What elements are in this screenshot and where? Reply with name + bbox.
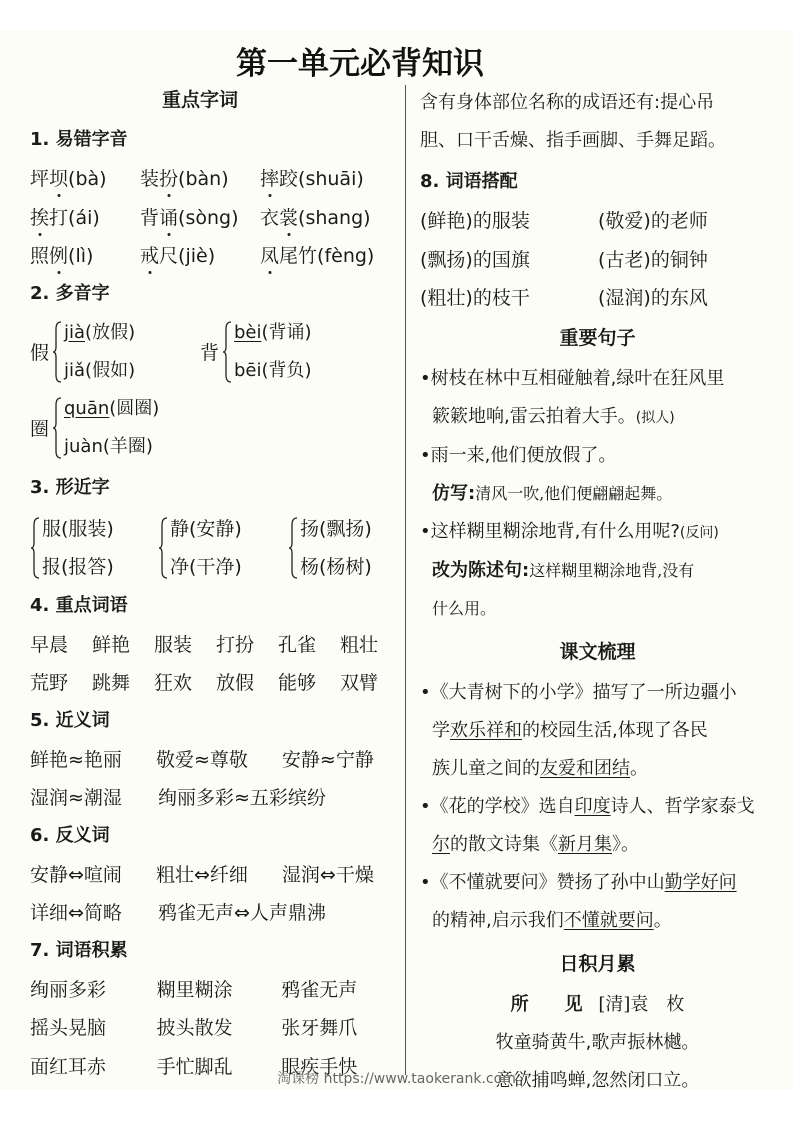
emphasis-dot-char: 挨 [30, 199, 49, 237]
poem-header: 所 见 [清]袁 枚 [420, 986, 775, 1024]
word-item: 狂欢 [154, 664, 216, 703]
pronunciation-row: 挨打(ái)背诵(sòng)衣裳(shang) [30, 199, 400, 238]
brace-icon [52, 397, 62, 459]
word-item: 湿润≈潮湿 [30, 779, 158, 818]
collocation-row: (粗壮)的枝干(湿润)的东风 [420, 279, 775, 318]
word-item: (古老)的铜钟 [598, 241, 768, 280]
idiom-row: 绚丽多彩糊里糊涂鸦雀无声 [30, 971, 400, 1010]
brace-icon [52, 321, 62, 383]
word-item: 早晨 [30, 626, 92, 665]
page-title: 第一单元必背知识 [0, 38, 720, 83]
brace-icon [222, 321, 232, 383]
sentence-2: •雨一来,他们便放假了。 [420, 437, 775, 475]
similar-group: 静(安静)净(干净) [158, 510, 288, 586]
word-item: 张牙舞爪 [281, 1009, 400, 1048]
pronunciation-item: 装扮(bàn) [140, 160, 260, 199]
section-title-sentences: 重要句子 [420, 322, 775, 360]
heading-collocations: 8. 词语搭配 [420, 164, 775, 202]
synonym-row: 鲜艳≈艳丽敬爱≈尊敬安静≈宁静 [30, 741, 400, 780]
polyphone-char: 圈 [30, 414, 52, 441]
watermark: 淘课榜 https://www.taokerank.com [0, 1068, 793, 1088]
polyphone-line: bèi(背诵) [234, 314, 312, 352]
antonym-list: 安静⇔喧闹粗壮⇔纤细湿润⇔干燥详细⇔简略鸦雀无声⇔人声鼎沸 [30, 856, 400, 933]
word-item: 粗壮 [340, 626, 400, 665]
vocab-row: 早晨鲜艳服装打扮孔雀粗壮 [30, 626, 400, 665]
heading-polyphones: 2. 多音字 [30, 276, 400, 314]
word-item: 安静≈宁静 [282, 741, 400, 780]
rhetoric-note: (拟人) [636, 410, 675, 426]
word-item: 鸦雀无声 [281, 971, 400, 1010]
text-review-list: •《大青树下的小学》描写了一所边疆小 学欢乐祥和的校园生活,体现了各民 族儿童之… [420, 674, 775, 940]
pronunciation-item: 挨打(ái) [30, 199, 140, 238]
vocab-row: 荒野跳舞狂欢放假能够双臂 [30, 664, 400, 703]
collocation-list: (鲜艳)的服装(敬爱)的老师(飘扬)的国旗(古老)的铜钟(粗壮)的枝干(湿润)的… [420, 202, 775, 318]
word-item: 放假 [216, 664, 278, 703]
pronunciation-row: 照例(lì)戒尺(jiè)凤尾竹(fèng) [30, 237, 400, 276]
collocation-row: (飘扬)的国旗(古老)的铜钟 [420, 241, 775, 280]
pronunciation-item: 摔跤(shuāi) [260, 160, 400, 199]
sentence-list: •树枝在林中互相碰触着,绿叶在狂风里 簌簌地响,雷云拍着大手。(拟人) •雨一来… [420, 360, 775, 628]
brace-icon [288, 517, 298, 579]
poem-title: 所 见 [511, 994, 583, 1015]
word-item: (飘扬)的国旗 [420, 241, 598, 280]
pronunciation-item: 坪坝(bà) [30, 160, 140, 199]
word-item: 鸦雀无声⇔人声鼎沸 [158, 894, 286, 933]
word-item: 服装 [154, 626, 216, 665]
review-item-1: •《大青树下的小学》描写了一所边疆小 [420, 674, 775, 712]
emphasis-dot-char: 凤 [260, 237, 279, 275]
polyphone-group: 圈 quān(圆圈) juàn(羊圈) [30, 390, 400, 466]
polyphone-line: quān(圆圈) [64, 390, 159, 428]
word-item: 详细⇔简略 [30, 894, 158, 933]
word-item: 粗壮⇔纤细 [156, 856, 282, 895]
emphasis-dot-char: 坝 [49, 160, 68, 198]
right-column: 含有身体部位名称的成语还有:提心吊 胆、口干舌燥、指手画脚、手舞足蹈。 8. 词… [420, 84, 775, 1100]
polyphone-line: juàn(羊圈) [64, 428, 159, 466]
pronunciation-item: 凤尾竹(fèng) [260, 237, 400, 276]
polyphone-line: jiǎ(假如) [64, 352, 135, 390]
polyphone-list: 假 jià(放假) jiǎ(假如) 背 bèi(背诵) bēi(背负) 圈 q [30, 314, 400, 466]
review-item-3: •《不懂就要问》赞扬了孙中山勤学好问 [420, 864, 775, 902]
word-item: 敬爱≈尊敬 [156, 741, 282, 780]
section-title-text-review: 课文梳理 [420, 636, 775, 674]
heading-antonyms: 6. 反义词 [30, 818, 400, 856]
antonym-row: 详细⇔简略鸦雀无声⇔人声鼎沸 [30, 894, 400, 933]
sentence-1: •树枝在林中互相碰触着,绿叶在狂风里 [420, 360, 775, 398]
heading-similar-chars: 3. 形近字 [30, 470, 400, 508]
heading-synonyms: 5. 近义词 [30, 703, 400, 741]
word-item: 摇头晃脑 [30, 1009, 157, 1048]
word-item: 安静⇔喧闹 [30, 856, 156, 895]
section-title-key-words: 重点字词 [0, 84, 400, 122]
sentence-3: •这样糊里糊涂地背,有什么用呢?(反问) [420, 513, 775, 552]
polyphone-char: 背 [200, 338, 222, 365]
pronunciation-item: 照例(lì) [30, 237, 140, 276]
imitation-answer: 清风一吹,他们便翩翩起舞。 [475, 484, 672, 503]
word-item: 荒野 [30, 664, 92, 703]
review-item-2: •《花的学校》选自印度诗人、哲学家泰戈 [420, 788, 775, 826]
pronunciation-row: 坪坝(bà)装扮(bàn)摔跤(shuāi) [30, 160, 400, 199]
rhetoric-note: (反问) [680, 525, 719, 541]
antonym-row: 安静⇔喧闹粗壮⇔纤细湿润⇔干燥 [30, 856, 400, 895]
pronunciation-item: 背诵(sòng) [140, 199, 260, 238]
word-item: 打扮 [216, 626, 278, 665]
word-item: 披头散发 [157, 1009, 282, 1048]
word-item: (粗壮)的枝干 [420, 279, 598, 318]
idiom-row: 摇头晃脑披头散发张牙舞爪 [30, 1009, 400, 1048]
polyphone-line: jià(放假) [64, 314, 135, 352]
synonym-row: 湿润≈潮湿绚丽多彩≈五彩缤纷 [30, 779, 400, 818]
pronunciation-list: 坪坝(bà)装扮(bàn)摔跤(shuāi)挨打(ái)背诵(sòng)衣裳(s… [30, 160, 400, 276]
polyphone-group: 背 bèi(背诵) bēi(背负) [200, 314, 312, 390]
rewrite-answer: 这样糊里糊涂地背,没有 [529, 561, 694, 580]
word-item: 湿润⇔干燥 [282, 856, 400, 895]
word-item: 孔雀 [278, 626, 340, 665]
word-item: 双臂 [340, 664, 400, 703]
word-item: 糊里糊涂 [157, 971, 282, 1010]
heading-pronunciation: 1. 易错字音 [30, 122, 400, 160]
synonym-list: 鲜艳≈艳丽敬爱≈尊敬安静≈宁静湿润≈潮湿绚丽多彩≈五彩缤纷 [30, 741, 400, 818]
brace-icon [158, 517, 168, 579]
column-divider [405, 85, 406, 1075]
heading-word-accumulation: 7. 词语积累 [30, 933, 400, 971]
polyphone-line: bēi(背负) [234, 352, 312, 390]
word-item: (敬爱)的老师 [598, 202, 768, 241]
pronunciation-item: 戒尺(jiè) [140, 237, 260, 276]
emphasis-dot-char: 摔 [260, 160, 279, 198]
emphasis-dot-char: 裳 [279, 199, 298, 237]
word-item: 鲜艳≈艳丽 [30, 741, 156, 780]
word-item: 绚丽多彩≈五彩缤纷 [158, 779, 286, 818]
brace-icon [30, 517, 40, 579]
word-item: 能够 [278, 664, 340, 703]
emphasis-dot-char: 诵 [159, 199, 178, 237]
pronunciation-item: 衣裳(shang) [260, 199, 400, 238]
heading-key-vocab: 4. 重点词语 [30, 588, 400, 626]
emphasis-dot-char: 例 [49, 237, 68, 275]
polyphone-group: 假 jià(放假) jiǎ(假如) [30, 314, 200, 390]
emphasis-dot-char: 戒 [140, 237, 159, 275]
emphasis-dot-char: 扮 [159, 160, 178, 198]
poem-line: 牧童骑黄牛,歌声振林樾。 [420, 1024, 775, 1062]
section-title-daily-accumulation: 日积月累 [420, 948, 775, 986]
collocation-row: (鲜艳)的服装(敬爱)的老师 [420, 202, 775, 241]
similar-chars-list: 服(服装)报(报答) 静(安静)净(干净) 扬(飘扬)杨(杨树) [30, 508, 400, 588]
similar-group: 扬(飘扬)杨(杨树) [288, 510, 372, 586]
word-item: 跳舞 [92, 664, 154, 703]
word-item: 鲜艳 [92, 626, 154, 665]
idiom-note: 含有身体部位名称的成语还有:提心吊 胆、口干舌燥、指手画脚、手舞足蹈。 [420, 84, 775, 160]
word-item: (鲜艳)的服装 [420, 202, 598, 241]
key-vocab-list: 早晨鲜艳服装打扮孔雀粗壮荒野跳舞狂欢放假能够双臂 [30, 626, 400, 703]
polyphone-char: 假 [30, 338, 52, 365]
word-item: (湿润)的东风 [598, 279, 768, 318]
poem-author: [清]袁 枚 [598, 994, 684, 1015]
word-item: 绚丽多彩 [30, 971, 157, 1010]
similar-group: 服(服装)报(报答) [30, 510, 158, 586]
left-column: 重点字词 1. 易错字音 坪坝(bà)装扮(bàn)摔跤(shuāi)挨打(ái… [30, 84, 400, 1086]
